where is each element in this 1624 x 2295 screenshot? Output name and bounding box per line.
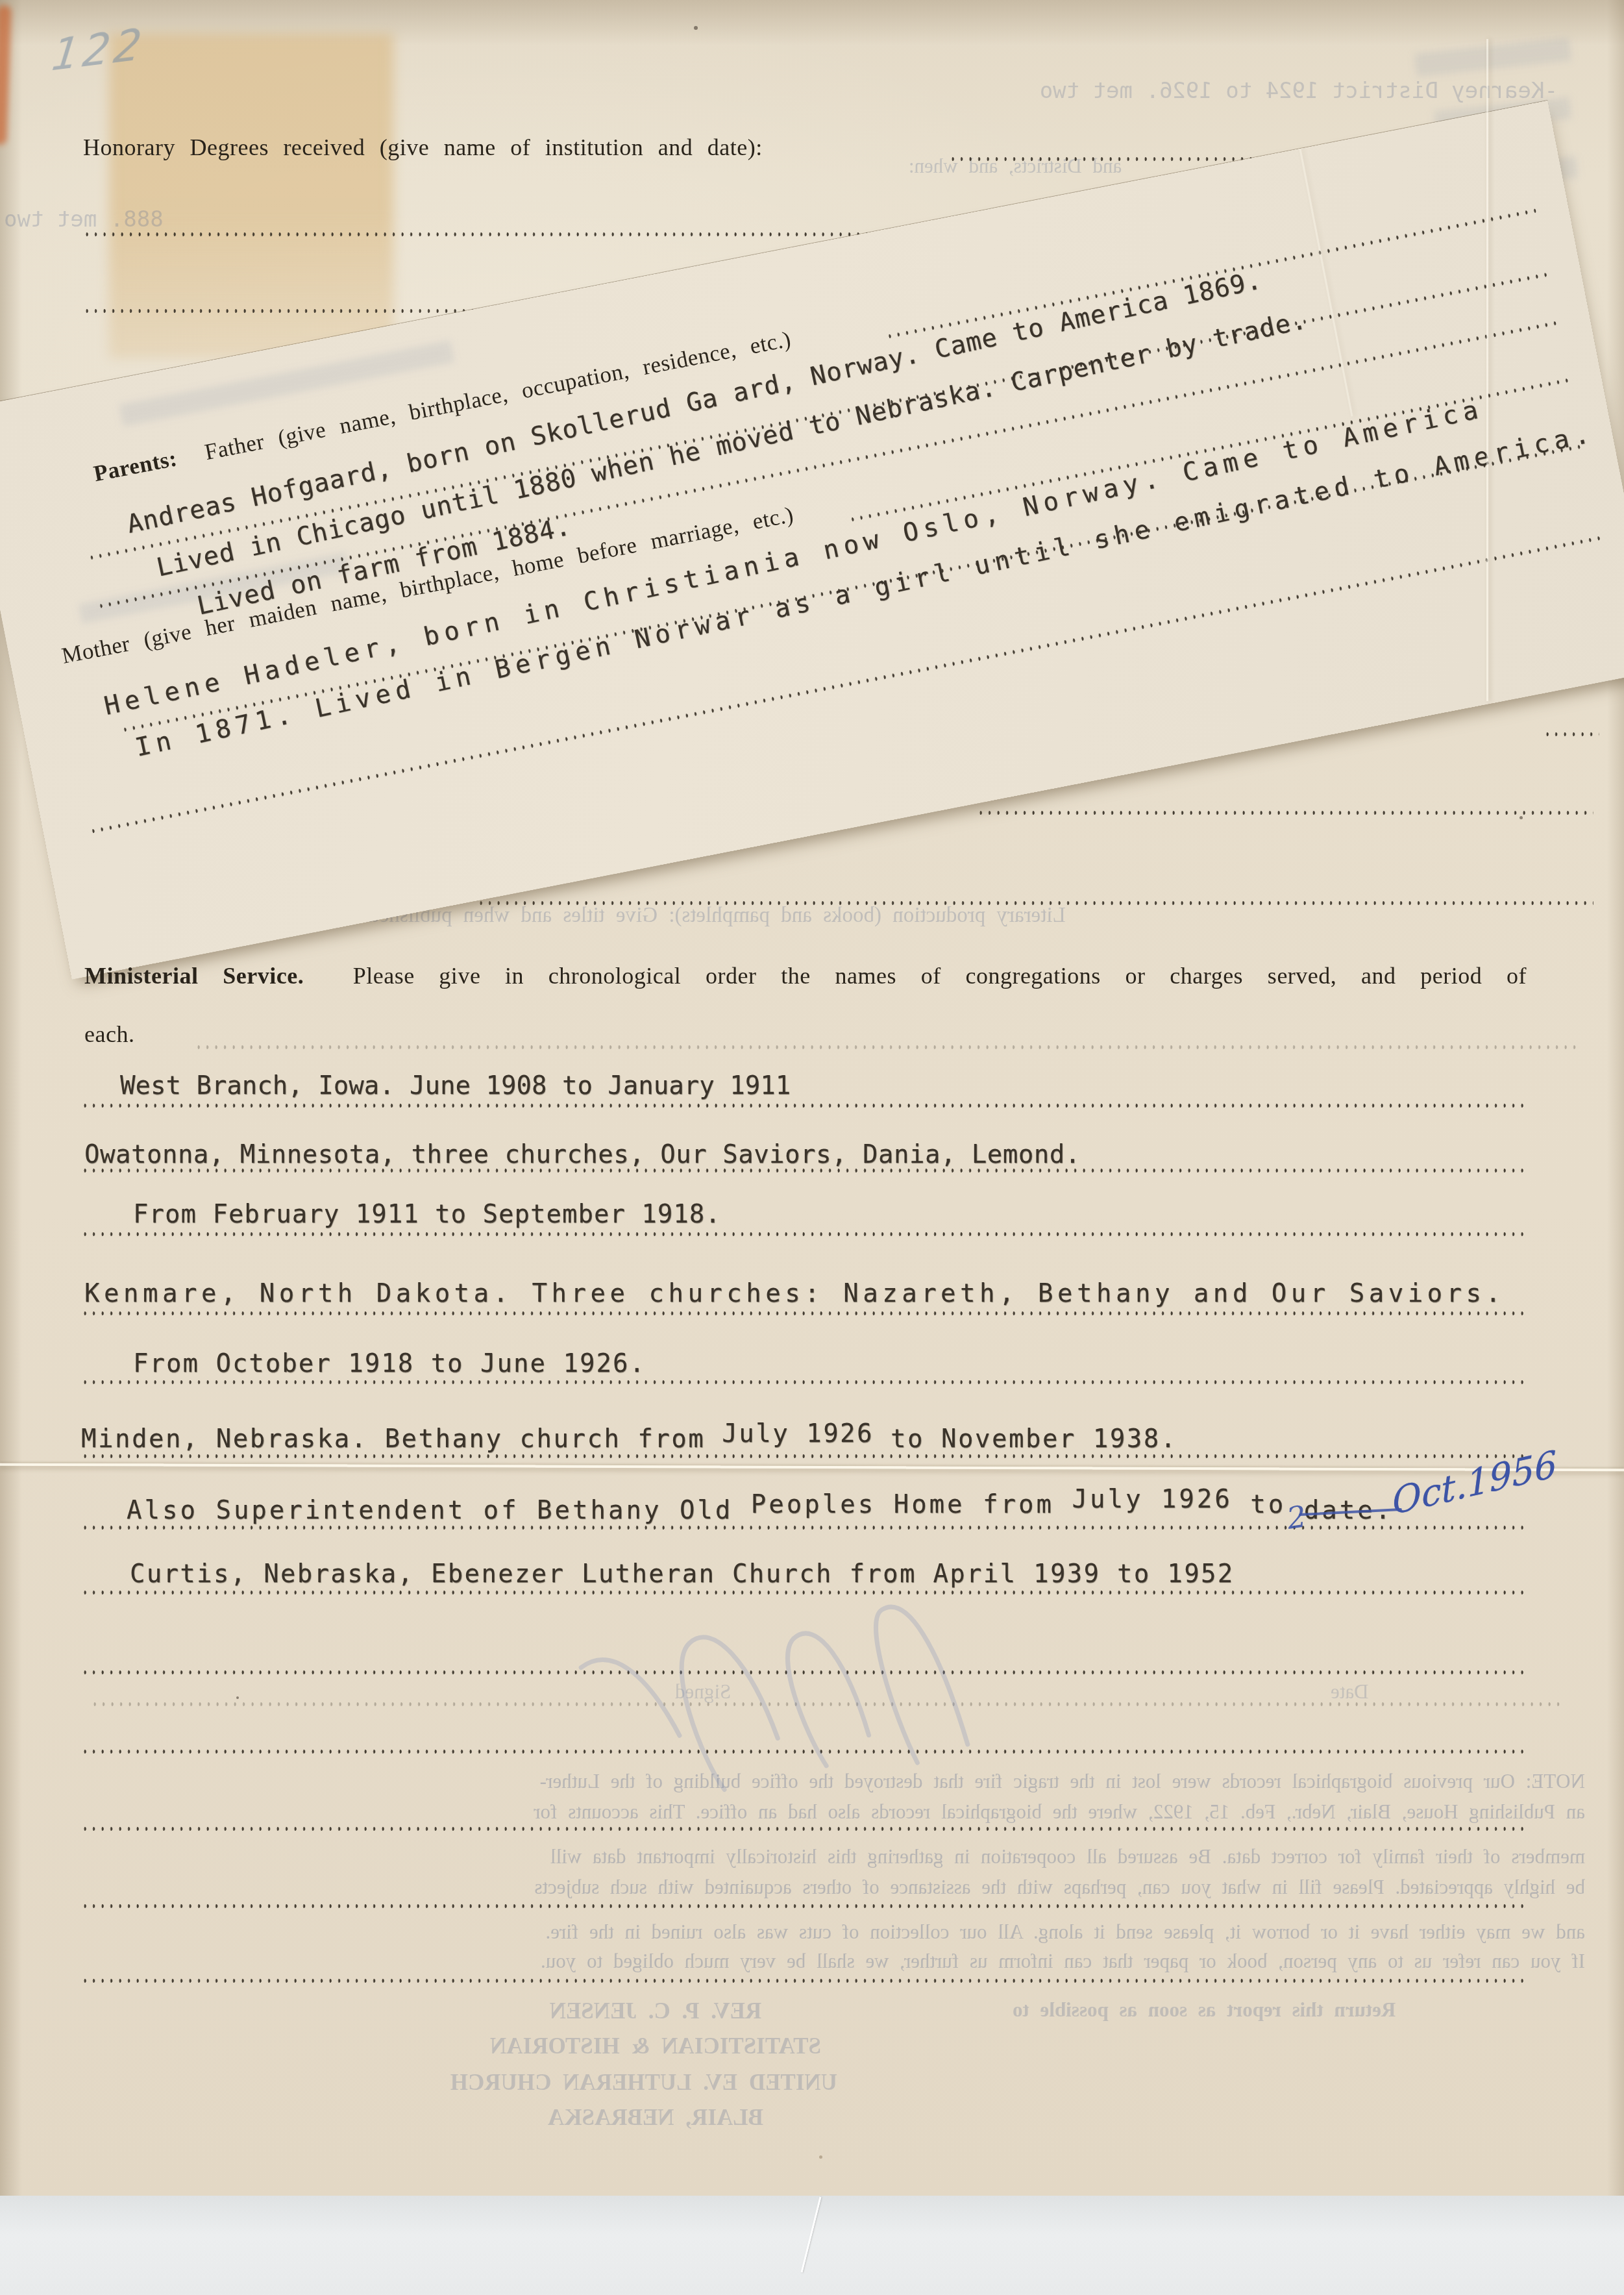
dotted-line	[81, 1453, 1527, 1459]
dotted-line-blank	[81, 1903, 1527, 1909]
entry-minden: Minden, Nebraska. Bethany church from Ju…	[81, 1424, 1177, 1454]
entry-minden-p1: Minden, Nebraska. Bethany church from	[81, 1424, 705, 1454]
ministerial-heading-tail: each.	[84, 1021, 134, 1048]
dotted-line	[81, 1310, 1527, 1317]
dotted-line	[81, 1379, 1527, 1385]
entry-curtis: Curtis, Nebraska, Ebenezer Lutheran Chur…	[130, 1559, 1234, 1589]
dotted-line-blank	[81, 1978, 1527, 1984]
scanned-document-page: 122 -Kearney District 1924 to 1926. met …	[0, 0, 1624, 2295]
entry-minden-p2: to November 1938.	[891, 1424, 1177, 1454]
bleed-note-line: an Publishing House, Blair, Nebr., Feb. …	[40, 1800, 1585, 1824]
dotted-line	[885, 208, 1536, 340]
paper-crack	[801, 2196, 822, 2272]
bleed-date-label: Date	[1331, 1680, 1369, 1704]
entry-superintendent: Also Superintendent of Bethany Old Peopl…	[127, 1496, 1393, 1525]
entry-west-branch: West Branch, Iowa. June 1908 to January …	[120, 1071, 791, 1100]
dust-speck	[694, 26, 698, 30]
bleed-note-line: If you can refer us to any person, book …	[40, 1950, 1585, 1973]
right-edge-shadow	[1607, 0, 1624, 2196]
dotted-line	[81, 1167, 1527, 1174]
bleed-literary-production: Literary production (books and pamphlets…	[363, 904, 1066, 928]
dotted-line	[81, 1102, 1527, 1109]
honorary-degrees-label: Honorary Degrees received (give name of …	[83, 134, 763, 161]
scanner-background	[0, 2196, 1624, 2295]
bleed-return-line: Return this report as soon as possible t…	[1013, 1998, 1396, 2022]
entry-superintendent-struck-word: date.	[1304, 1496, 1393, 1525]
bleed-top-fragment: 888. met two	[4, 206, 164, 232]
entry-kenmare-period: From October 1918 to June 1926.	[133, 1349, 646, 1378]
dotted-line-blank	[81, 1826, 1527, 1832]
bleed-note-line: NOTE: Our previous biographical records …	[40, 1770, 1585, 1793]
dotted-line-fragment	[1544, 731, 1599, 738]
entry-owatonna-period: From February 1911 to September 1918.	[133, 1200, 721, 1229]
bleed-note-line: members of their family for correct data…	[40, 1845, 1585, 1868]
entry-superintendent-p4: to	[1250, 1490, 1286, 1519]
bleed-note-line: be highly appreciated. Please fill in wh…	[40, 1876, 1585, 1899]
ministerial-heading-rest: Please give in chronological order the n…	[353, 963, 1527, 989]
vertical-crease	[1486, 39, 1488, 701]
bleed-address-line: BLAIR, NEBRASKA	[474, 2105, 837, 2131]
ministerial-heading: Ministerial Service. Please give in chro…	[84, 962, 1527, 989]
dust-speck	[819, 2155, 822, 2159]
bleed-dotted-line	[195, 1044, 1577, 1050]
entry-superintendent-p2: Peoples Home from	[751, 1490, 1054, 1519]
entry-superintendent-p3: July 1926	[1072, 1485, 1232, 1514]
entry-minden-raised: July 1926	[722, 1419, 874, 1448]
dotted-line-fragment	[977, 810, 1593, 816]
dust-speck	[1519, 816, 1523, 819]
bleed-top-line: -Kearney District 1924 to 1926. met two	[480, 78, 1558, 104]
sheet-crease	[1299, 149, 1353, 417]
dotted-line	[81, 1524, 1527, 1531]
bleed-address-line: STATISTICIAN & HISTORIAN	[474, 2033, 837, 2059]
dust-speck	[236, 1696, 239, 1699]
ministerial-heading-bold: Ministerial Service.	[84, 963, 328, 989]
bleed-note-line: and we may either have it or borrow it, …	[40, 1920, 1585, 1944]
parents-label-bold: Parents:	[92, 443, 193, 486]
dotted-line	[81, 1231, 1527, 1237]
entry-superintendent-p1: Also Superintendent of Bethany Old	[127, 1496, 733, 1525]
left-edge-shadow	[0, 0, 22, 2196]
entry-kenmare: Kenmare, North Dakota. Three churches: N…	[84, 1279, 1505, 1308]
entry-owatonna: Owatonna, Minnesota, three churches, Our…	[84, 1140, 1081, 1169]
bleed-address-line: UNITED EV. LUTHERAN CHURCH	[474, 2070, 837, 2096]
bleed-address-line: REV. P. C. JENSEN	[474, 1998, 837, 2024]
